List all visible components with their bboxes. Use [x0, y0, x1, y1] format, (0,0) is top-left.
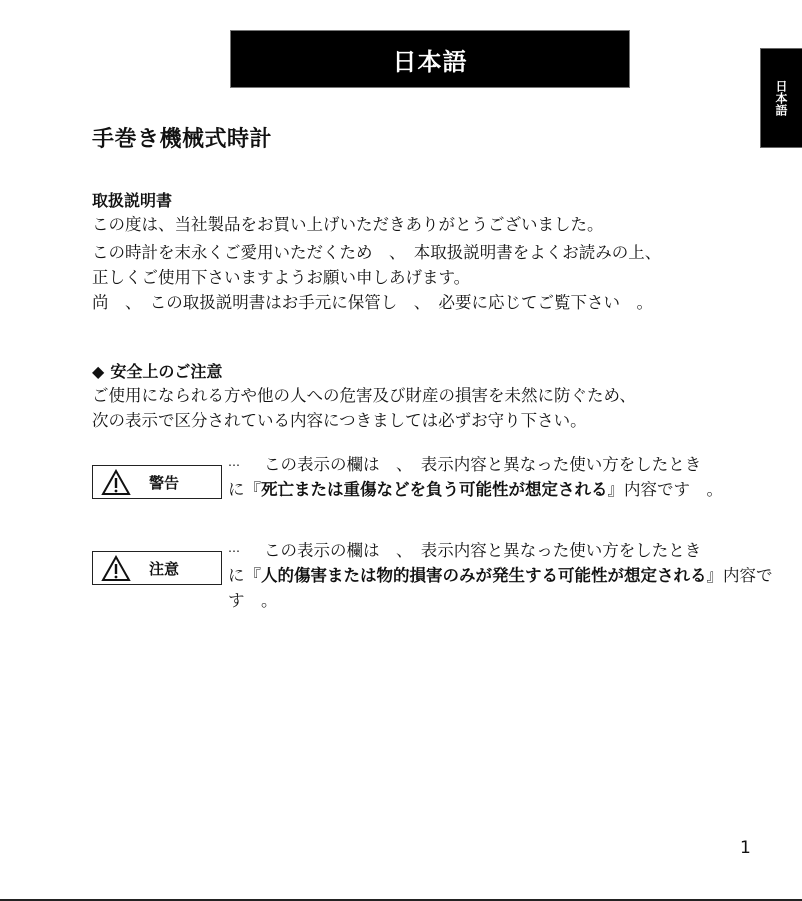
warning-intro: この表示の欄は 、 表示内容と異なった使い方をしたとき: [264, 455, 701, 474]
warning-label-box: 警告: [92, 465, 222, 499]
safety-line: 次の表示で区分されている内容につきましては必ずお守り下さい。: [92, 408, 636, 433]
caution-label-box: 注意: [92, 551, 222, 585]
caution-notice: 注意 …この表示の欄は 、 表示内容と異なった使い方をしたとき に『人的傷害また…: [92, 538, 798, 613]
warning-emphasis: 死亡または重傷などを負う可能性が想定される: [261, 480, 608, 499]
caution-emphasis: 人的傷害または物的損害のみが発生する可能性が想定される: [261, 566, 707, 585]
language-side-tab: 日本語: [760, 48, 802, 148]
manual-heading: 取扱説明書: [92, 190, 661, 212]
diamond-bullet-icon: ◆: [92, 362, 104, 381]
caution-text-pre: に『: [228, 566, 261, 585]
warning-notice: 警告 …この表示の欄は 、 表示内容と異なった使い方をしたとき に『死亡または重…: [92, 452, 798, 502]
page-number: 1: [740, 838, 751, 858]
ellipsis: …: [228, 455, 240, 469]
manual-line: 尚 、 この取扱説明書はお手元に保管し 、 必要に応じてご覧下さい 。: [92, 290, 661, 315]
warning-triangle-icon: [101, 555, 131, 582]
warning-text-post: 』内容です 。: [608, 480, 724, 499]
side-tab-label: 日本語: [773, 80, 790, 116]
caution-label: 注意: [149, 558, 179, 579]
warning-description: …この表示の欄は 、 表示内容と異なった使い方をしたとき に『死亡または重傷など…: [228, 452, 798, 502]
warning-triangle-icon: [101, 469, 131, 496]
document-title: 手巻き機械式時計: [92, 122, 272, 153]
warning-label: 警告: [149, 472, 179, 493]
manual-section: 取扱説明書 この度は、当社製品をお買い上げいただきありがとうございました。 この…: [92, 190, 661, 315]
safety-heading: ◆安全上のご注意: [92, 361, 636, 383]
manual-line: 正しくご使用下さいますようお願い申しあげます。: [92, 265, 661, 290]
ellipsis: …: [228, 541, 240, 555]
safety-heading-label: 安全上のご注意: [110, 362, 222, 381]
safety-line: ご使用になられる方や他の人への危害及び財産の損害を未然に防ぐため、: [92, 383, 636, 408]
manual-line: この時計を末永くご愛用いただくため 、 本取扱説明書をよくお読みの上、: [92, 240, 661, 265]
warning-text-pre: に『: [228, 480, 261, 499]
caution-intro: この表示の欄は 、 表示内容と異なった使い方をしたとき: [264, 541, 701, 560]
safety-section: ◆安全上のご注意 ご使用になられる方や他の人への危害及び財産の損害を未然に防ぐた…: [92, 361, 636, 433]
caution-description: …この表示の欄は 、 表示内容と異なった使い方をしたとき に『人的傷害または物的…: [228, 538, 798, 613]
language-banner: 日本語: [230, 30, 630, 88]
manual-line: この度は、当社製品をお買い上げいただきありがとうございました。: [92, 212, 661, 237]
language-banner-label: 日本語: [393, 42, 468, 77]
